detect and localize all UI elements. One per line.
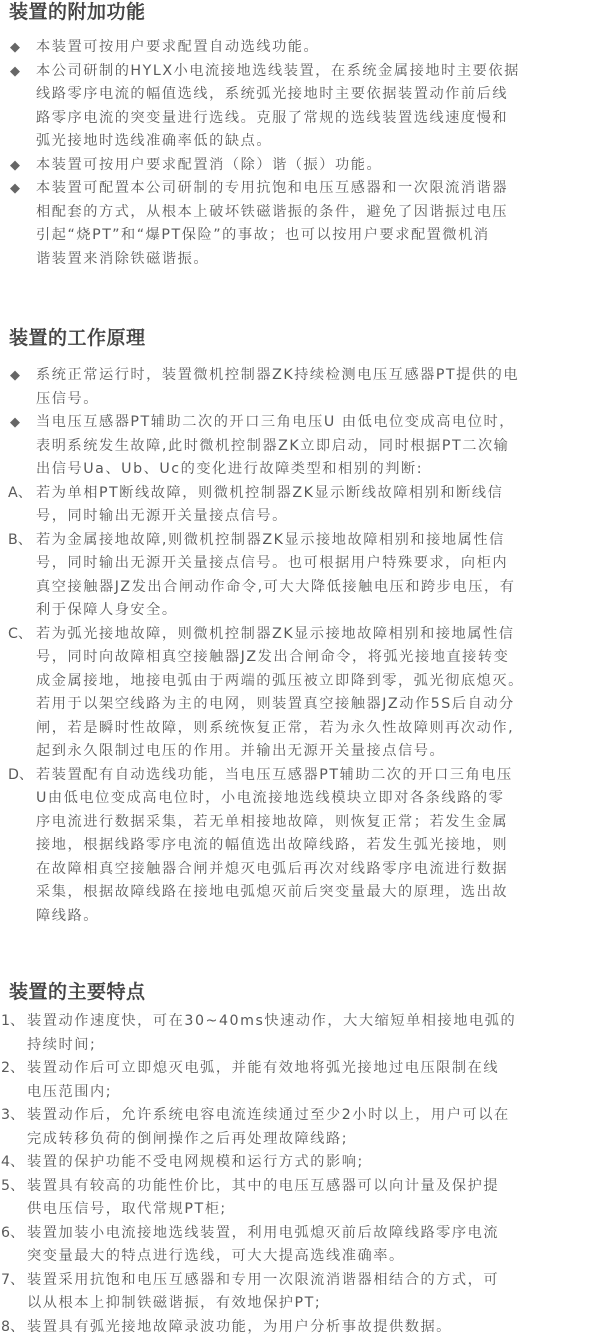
list-item-text: 装置具有较高的功能性价比，其中的电压互感器可以向计量及保护提 供电压信号，取代常… (27, 1175, 586, 1222)
list-item-text: 本装置可配置本公司研制的专用抗饱和电压互感器和一次限流消谐器 相配套的方式，从根… (36, 177, 588, 271)
list-item: ◆ 本公司研制的HYLX小电流接地选线装置，在系统金属接地时主要依据 线路零序电… (0, 60, 592, 154)
section-heading: 装置的工作原理 (9, 326, 146, 350)
list-marker: 3、 (1, 1104, 24, 1128)
list-marker: D、 (8, 764, 33, 788)
list-marker: 1、 (1, 1010, 24, 1034)
list-item: 1、 装置动作速度快，可在30~40ms快速动作，大大缩短单相接地电弧的 持续时… (0, 1010, 592, 1057)
diamond-bullet-icon: ◆ (10, 154, 22, 178)
list-item: 8、 装置具有弧光接地故障录波功能，为用户分析事故提供数据。 (0, 1316, 592, 1340)
section-heading: 装置的附加功能 (9, 0, 146, 24)
diamond-bullet-icon: ◆ (10, 177, 22, 201)
list-item-case-c: C、 若为弧光接地故障，则微机控制器ZK显示接地故障相别和接地属性信 号，同时向… (0, 623, 592, 764)
list-item: 7、 装置采用抗饱和电压互感器和专用一次限流消谐器相结合的方式，可 以从根本上抑… (0, 1269, 592, 1316)
list-item-text: 若为弧光接地故障，则微机控制器ZK显示接地故障相别和接地属性信 号，同时向故障相… (36, 623, 588, 764)
list-item: 2、 装置动作后可立即熄灭电弧，并能有效地将弧光接地过电压限制在线 电压范围内; (0, 1057, 592, 1104)
list-item-text: 装置动作后可立即熄灭电弧，并能有效地将弧光接地过电压限制在线 电压范围内; (27, 1057, 586, 1104)
list-item-text: 本公司研制的HYLX小电流接地选线装置，在系统金属接地时主要依据 线路零序电流的… (36, 60, 588, 154)
list-item-case-d: D、 若装置配有自动选线功能，当电压互感器PT辅助二次的开口三角电压 U由低电位… (0, 764, 592, 929)
list-item-text: 若为金属接地故障,则微机控制器ZK显示接地故障相别和接地属性信 号，同时输出无源… (36, 529, 588, 623)
list-item-text: 系统正常运行时，装置微机控制器ZK持续检测电压互感器PT提供的电 压信号。 (36, 364, 588, 411)
list-item-text: 本装置可按用户要求配置自动选线功能。 (36, 36, 588, 60)
numbered-list: 1、 装置动作速度快，可在30~40ms快速动作，大大缩短单相接地电弧的 持续时… (0, 1010, 592, 1339)
diamond-bullet-icon: ◆ (10, 60, 22, 84)
list-item: 4、 装置的保护功能不受电网规模和运行方式的影响; (0, 1151, 592, 1175)
list-item: ◆ 系统正常运行时，装置微机控制器ZK持续检测电压互感器PT提供的电 压信号。 (0, 364, 592, 411)
list-marker: C、 (8, 623, 32, 647)
diamond-bullet-icon: ◆ (10, 364, 22, 388)
list-marker: B、 (8, 529, 32, 553)
list-item-text: 若装置配有自动选线功能，当电压互感器PT辅助二次的开口三角电压 U由低电位变成高… (36, 764, 588, 929)
list-item: ◆ 本装置可配置本公司研制的专用抗饱和电压互感器和一次限流消谐器 相配套的方式，… (0, 177, 592, 271)
list-item-text: 若为单相PT断线故障，则微机控制器ZK显示断线故障相别和断线信 号，同时输出无源… (36, 482, 588, 529)
list-item-text: 装置动作速度快，可在30~40ms快速动作，大大缩短单相接地电弧的 持续时间; (27, 1010, 586, 1057)
list-item-case-b: B、 若为金属接地故障,则微机控制器ZK显示接地故障相别和接地属性信 号，同时输… (0, 529, 592, 623)
bullet-list: ◆ 本装置可按用户要求配置自动选线功能。 ◆ 本公司研制的HYLX小电流接地选线… (0, 36, 592, 271)
list-item: 3、 装置动作后，允许系统电容电流连续通过至少2小时以上，用户可以在 完成转移负… (0, 1104, 592, 1151)
list-item: 5、 装置具有较高的功能性价比，其中的电压互感器可以向计量及保护提 供电压信号，… (0, 1175, 592, 1222)
list-item-text: 装置具有弧光接地故障录波功能，为用户分析事故提供数据。 (27, 1316, 586, 1340)
list-item-text: 装置的保护功能不受电网规模和运行方式的影响; (27, 1151, 586, 1175)
diamond-bullet-icon: ◆ (10, 36, 22, 60)
list-marker: 5、 (1, 1175, 24, 1199)
bullet-list: ◆ 系统正常运行时，装置微机控制器ZK持续检测电压互感器PT提供的电 压信号。 … (0, 364, 592, 928)
list-item-text: 装置动作后，允许系统电容电流连续通过至少2小时以上，用户可以在 完成转移负荷的倒… (27, 1104, 586, 1151)
list-marker: 7、 (1, 1269, 24, 1293)
list-item: ◆ 当电压互感器PT辅助二次的开口三角电压U 由低电位变成高电位时， 表明系统发… (0, 411, 592, 482)
list-item-text: 装置加装小电流接地选线装置，利用电弧熄灭前后故障线路零序电流 突变量最大的特点进… (27, 1222, 586, 1269)
list-item: ◆ 本装置可按用户要求配置自动选线功能。 (0, 36, 592, 60)
list-item-text: 本装置可按用户要求配置消（除）谐（振）功能。 (36, 154, 588, 178)
list-item-text: 装置采用抗饱和电压互感器和专用一次限流消谐器相结合的方式，可 以从根本上抑制铁磁… (27, 1269, 586, 1316)
list-marker: 4、 (1, 1151, 24, 1175)
list-marker: 6、 (1, 1222, 24, 1246)
list-item: 6、 装置加装小电流接地选线装置，利用电弧熄灭前后故障线路零序电流 突变量最大的… (0, 1222, 592, 1269)
list-item-case-a: A、 若为单相PT断线故障，则微机控制器ZK显示断线故障相别和断线信 号，同时输… (0, 482, 592, 529)
list-item-text: 当电压互感器PT辅助二次的开口三角电压U 由低电位变成高电位时， 表明系统发生故… (36, 411, 588, 482)
diamond-bullet-icon: ◆ (10, 411, 22, 435)
section-heading: 装置的主要特点 (9, 980, 146, 1004)
list-marker: 2、 (1, 1057, 24, 1081)
list-marker: A、 (8, 482, 32, 506)
list-marker: 8、 (1, 1316, 24, 1340)
list-item: ◆ 本装置可按用户要求配置消（除）谐（振）功能。 (0, 154, 592, 178)
